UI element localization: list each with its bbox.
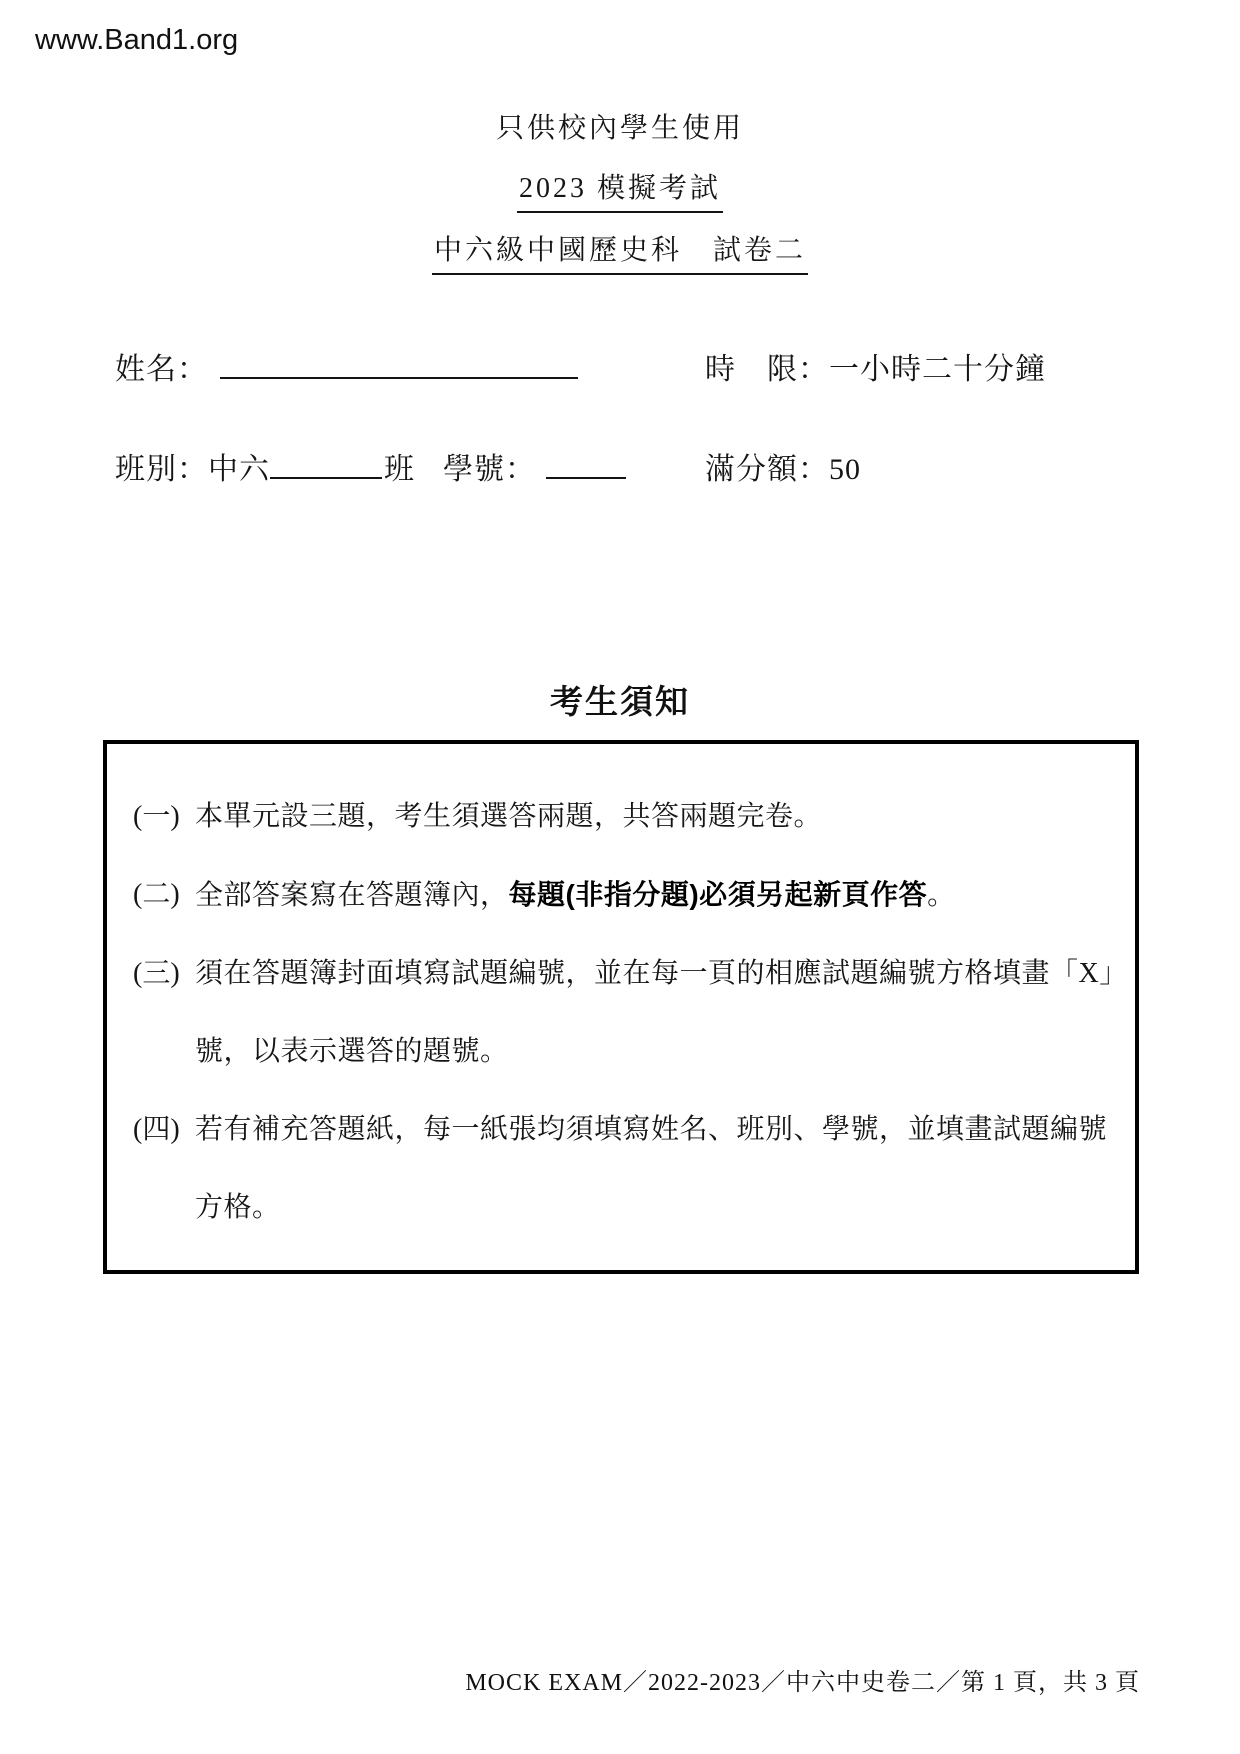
item-number: (二) xyxy=(133,856,195,934)
item-number: (四) xyxy=(133,1091,195,1169)
header-usage-note: 只供校內學生使用 xyxy=(0,106,1240,151)
notice-item-3: (三) 須在答題簿封面填寫試題編號，並在每一頁的相應試題編號方格填畫「X」號，以… xyxy=(133,935,1121,1091)
full-marks-label: 滿分額：50 xyxy=(705,444,861,488)
item-text-pre: 全部答案寫在答題簿內， xyxy=(195,880,509,911)
item-text: 全部答案寫在答題簿內，每題(非指分題)必須另起新頁作答。 xyxy=(195,856,1121,935)
notice-item-1: (一) 本單元設三題，考生須選答兩題，共答兩題完卷。 xyxy=(133,778,1121,856)
notice-box: (一) 本單元設三題，考生須選答兩題，共答兩題完卷。 (二) 全部答案寫在答題簿… xyxy=(103,740,1139,1274)
notice-item-2: (二) 全部答案寫在答題簿內，每題(非指分題)必須另起新頁作答。 xyxy=(133,856,1121,935)
document-header: 只供校內學生使用 2023 模擬考試 中六級中國歷史科 試卷二 xyxy=(0,106,1240,290)
info-row-name-time: 姓名： 時 限：一小時二十分鐘 xyxy=(115,344,1125,388)
header-exam-title: 2023 模擬考試 xyxy=(0,166,1240,213)
class-label: 班別：中六 xyxy=(115,453,270,486)
item-number: (三) xyxy=(133,935,195,1013)
notice-item-4: (四) 若有補充答題紙，每一紙張均須填寫姓名、班別、學號，並填畫試題編號方格。 xyxy=(133,1091,1121,1247)
item-text-post: 。 xyxy=(927,880,956,911)
item-text: 本單元設三題，考生須選答兩題，共答兩題完卷。 xyxy=(195,778,1121,856)
notice-title: 考生須知 xyxy=(0,676,1240,723)
name-label: 姓名： xyxy=(115,353,208,386)
student-no-label: 學號： xyxy=(443,453,536,486)
item-text: 須在答題簿封面填寫試題編號，並在每一頁的相應試題編號方格填畫「X」號，以表示選答… xyxy=(195,935,1121,1091)
name-blank-line xyxy=(220,349,578,379)
item-text: 若有補充答題紙，每一紙張均須填寫姓名、班別、學號，並填畫試題編號方格。 xyxy=(195,1091,1121,1247)
bold-instruction: 每題(非指分題)必須另起新頁作答 xyxy=(509,879,928,910)
class-suffix-label: 班 xyxy=(384,453,415,486)
time-limit-label: 時 限：一小時二十分鐘 xyxy=(705,344,1046,388)
class-blank-line xyxy=(270,449,382,479)
info-row-class-marks: 班別：中六班學號： 滿分額：50 xyxy=(115,444,1125,488)
item-number: (一) xyxy=(133,778,195,856)
student-no-blank-line xyxy=(546,449,626,479)
site-watermark: www.Band1.org xyxy=(35,24,238,57)
header-paper-title: 中六級中國歷史科 試卷二 xyxy=(0,228,1240,275)
page-footer: MOCK EXAM／2022-2023／中六中史卷二／第 1 頁，共 3 頁 xyxy=(465,1662,1140,1697)
